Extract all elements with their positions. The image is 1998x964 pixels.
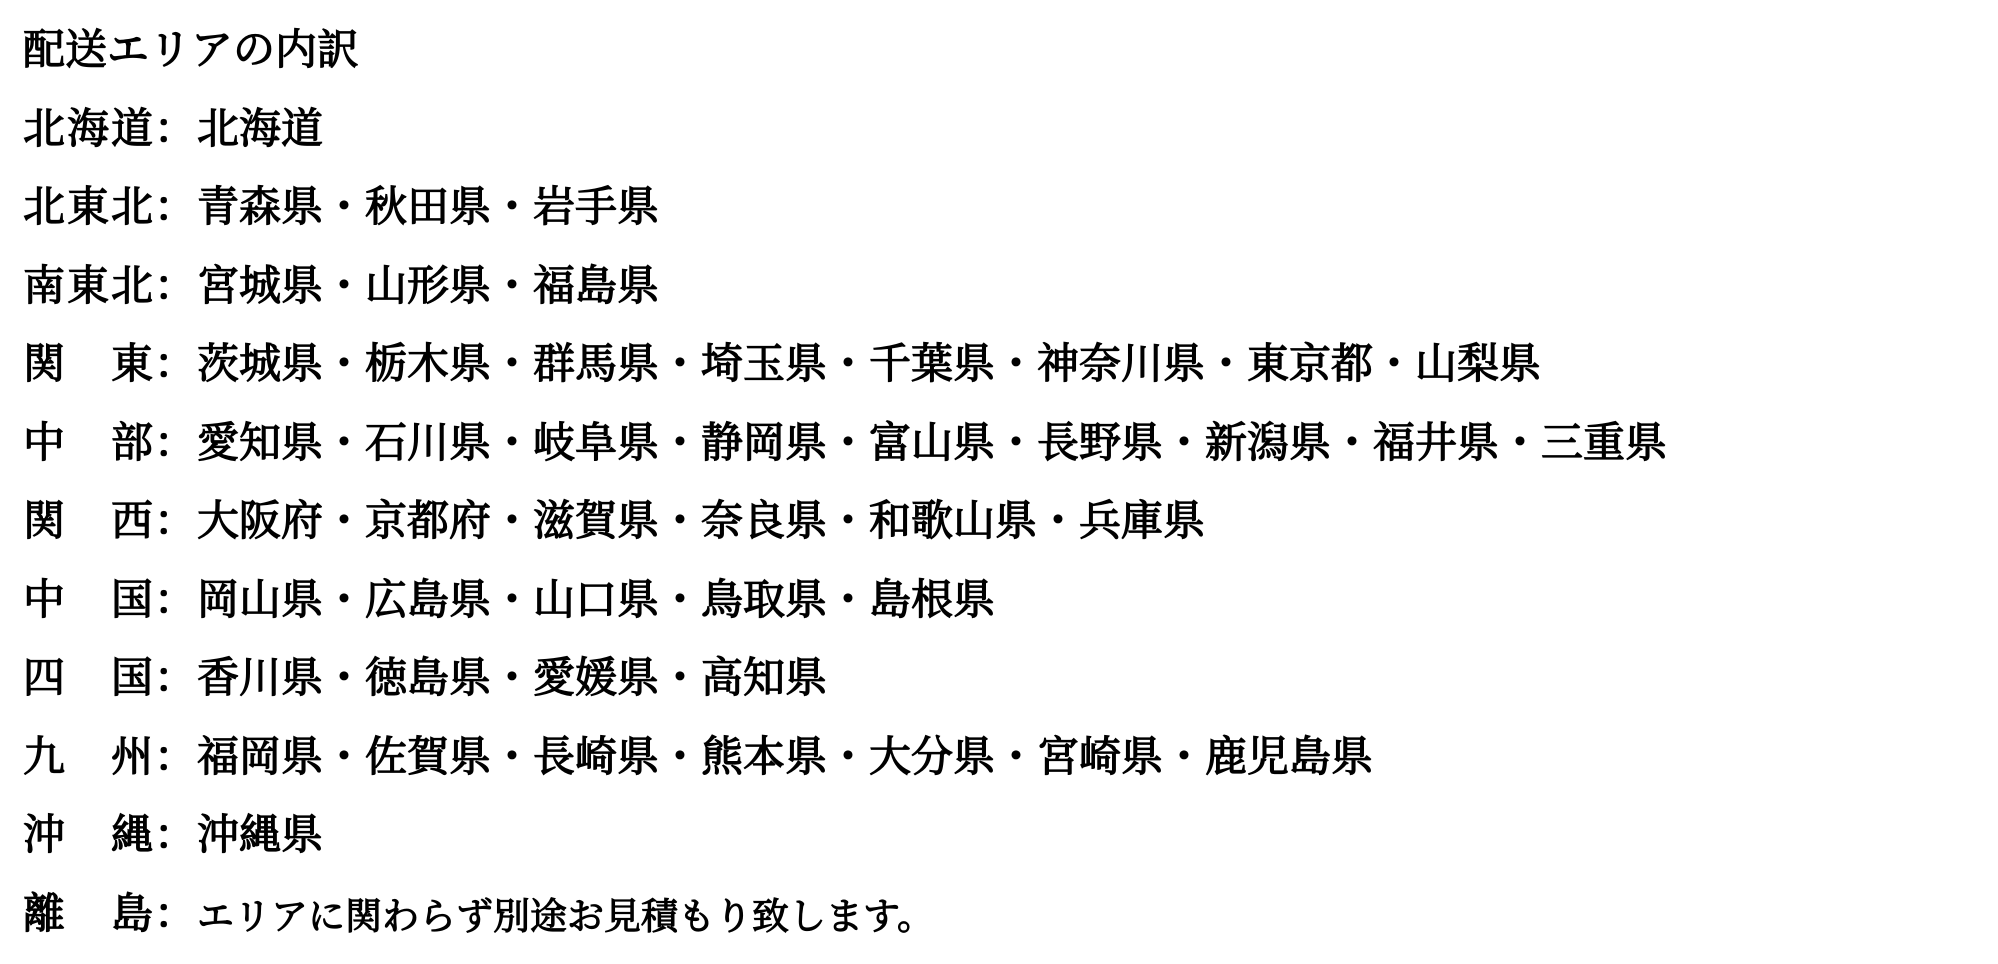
area-value: 茨城県・栃木県・群馬県・埼玉県・千葉県・神奈川県・東京都・山梨県 [197, 336, 1541, 392]
delivery-area-document: 配送エリアの内訳 北海道 ：北海道 北東北 ：青森県・秋田県・岩手県 南東北 ：… [23, 22, 1667, 962]
area-row-kansai: 関西 ：大阪府・京都府・滋賀県・奈良県・和歌山県・兵庫県 [23, 493, 1667, 572]
area-label: 北海道 [23, 101, 153, 157]
separator: ： [153, 179, 197, 235]
area-label: 沖縄 [23, 807, 153, 863]
area-value: 愛知県・石川県・岐阜県・静岡県・富山県・長野県・新潟県・福井県・三重県 [197, 415, 1667, 471]
area-value: 沖縄県 [197, 807, 323, 863]
area-row-shikoku: 四国 ：香川県・徳島県・愛媛県・高知県 [23, 650, 1667, 729]
separator: ： [153, 493, 197, 549]
separator: ： [153, 650, 197, 706]
separator: ： [153, 336, 197, 392]
area-label: 中国 [23, 572, 153, 628]
separator: ： [153, 807, 197, 863]
area-label: 九州 [23, 729, 153, 785]
area-value: 北海道 [197, 101, 323, 157]
area-row-remote-islands: 離島 ：エリアに関わらず別途お見積もり致します。 [23, 886, 1667, 963]
area-row-north-tohoku: 北東北 ：青森県・秋田県・岩手県 [23, 179, 1667, 258]
area-value-note: エリアに関わらず別途お見積もり致します。 [197, 886, 934, 948]
separator: ： [153, 415, 197, 471]
area-row-chubu: 中部 ：愛知県・石川県・岐阜県・静岡県・富山県・長野県・新潟県・福井県・三重県 [23, 415, 1667, 494]
separator: ： [153, 101, 197, 157]
area-label: 離島 [23, 886, 153, 942]
area-label: 関西 [23, 493, 153, 549]
area-row-south-tohoku: 南東北 ：宮城県・山形県・福島県 [23, 258, 1667, 337]
separator: ： [153, 729, 197, 785]
separator: ： [153, 258, 197, 314]
area-row-hokkaido: 北海道 ：北海道 [23, 101, 1667, 180]
area-row-okinawa: 沖縄 ：沖縄県 [23, 807, 1667, 886]
area-row-chugoku: 中国 ：岡山県・広島県・山口県・鳥取県・島根県 [23, 572, 1667, 651]
area-value: 香川県・徳島県・愛媛県・高知県 [197, 650, 827, 706]
area-row-kyushu: 九州 ：福岡県・佐賀県・長崎県・熊本県・大分県・宮崎県・鹿児島県 [23, 729, 1667, 808]
title-text: 配送エリアの内訳 [23, 22, 359, 78]
area-label: 北東北 [23, 179, 153, 235]
area-label: 関東 [23, 336, 153, 392]
separator: ： [153, 886, 197, 942]
area-value: 宮城県・山形県・福島県 [197, 258, 659, 314]
separator: ： [153, 572, 197, 628]
area-row-kanto: 関東 ：茨城県・栃木県・群馬県・埼玉県・千葉県・神奈川県・東京都・山梨県 [23, 336, 1667, 415]
area-value: 青森県・秋田県・岩手県 [197, 179, 659, 235]
area-value: 岡山県・広島県・山口県・鳥取県・島根県 [197, 572, 995, 628]
area-label: 南東北 [23, 258, 153, 314]
area-label: 四国 [23, 650, 153, 706]
area-value: 福岡県・佐賀県・長崎県・熊本県・大分県・宮崎県・鹿児島県 [197, 729, 1373, 785]
page-title: 配送エリアの内訳 [23, 22, 1667, 101]
area-label: 中部 [23, 415, 153, 471]
area-value: 大阪府・京都府・滋賀県・奈良県・和歌山県・兵庫県 [197, 493, 1205, 549]
